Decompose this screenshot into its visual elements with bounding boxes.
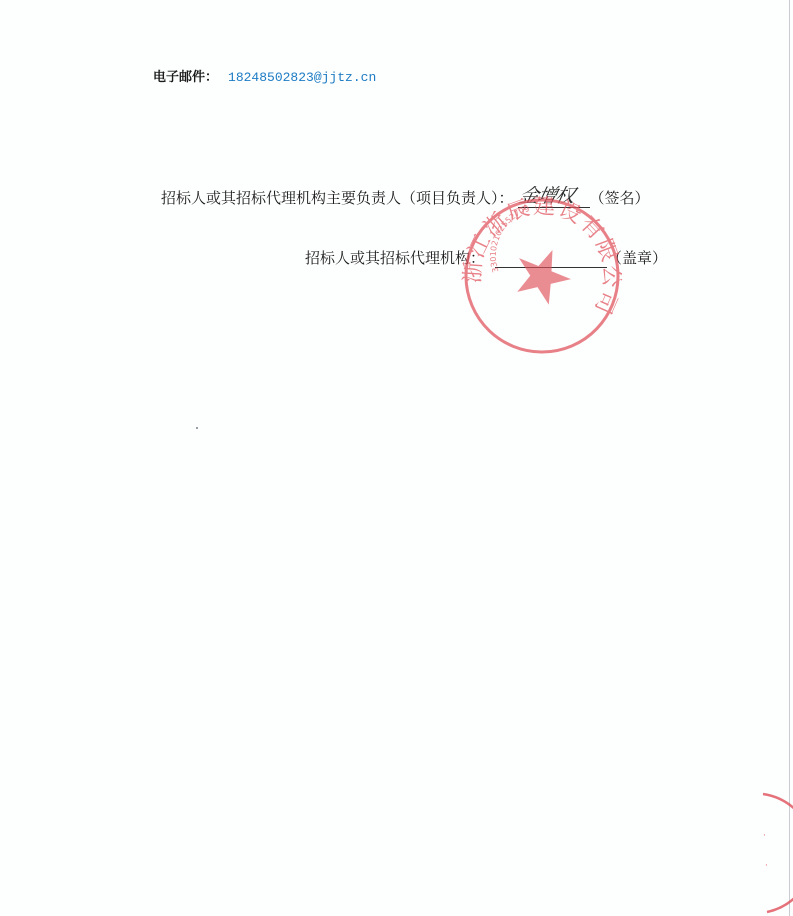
stamp-label: 招标人或其招标代理机构： <box>305 249 485 267</box>
signature-row: 招标人或其招标代理机构主要负责人（项目负责人）：金增权（签名） <box>161 187 650 208</box>
svg-text:浙江浙辰建设有限公司: 浙江浙辰建设有限公司 <box>458 196 626 340</box>
svg-text:·: · <box>763 831 766 841</box>
email-link[interactable]: 18248502823@jjtz.cn <box>228 70 376 85</box>
signature-label: 招标人或其招标代理机构主要负责人（项目负责人）： <box>161 189 514 207</box>
seal-outer-ring <box>458 196 626 356</box>
stamp-row: 招标人或其招标代理机构：（盖章） <box>305 247 667 268</box>
scan-speck <box>196 427 198 429</box>
svg-text:·: · <box>765 861 768 871</box>
signature-suffix: （签名） <box>590 189 650 207</box>
stamp-field <box>495 249 607 268</box>
company-seal-stamp: 浙江浙辰建设有限公司 330102102552709 <box>458 196 626 356</box>
email-label: 电子邮件： <box>153 70 218 85</box>
signature-field: 金增权 <box>518 189 590 208</box>
partial-seal-edge: · · <box>755 790 793 916</box>
stamp-suffix: （盖章） <box>607 249 667 267</box>
page-edge-divider <box>789 0 790 916</box>
document-page: 电子邮件：18248502823@jjtz.cn 招标人或其招标代理机构主要负责… <box>0 0 793 916</box>
email-row: 电子邮件：18248502823@jjtz.cn <box>153 66 376 85</box>
handwritten-signature: 金增权 <box>517 181 577 208</box>
